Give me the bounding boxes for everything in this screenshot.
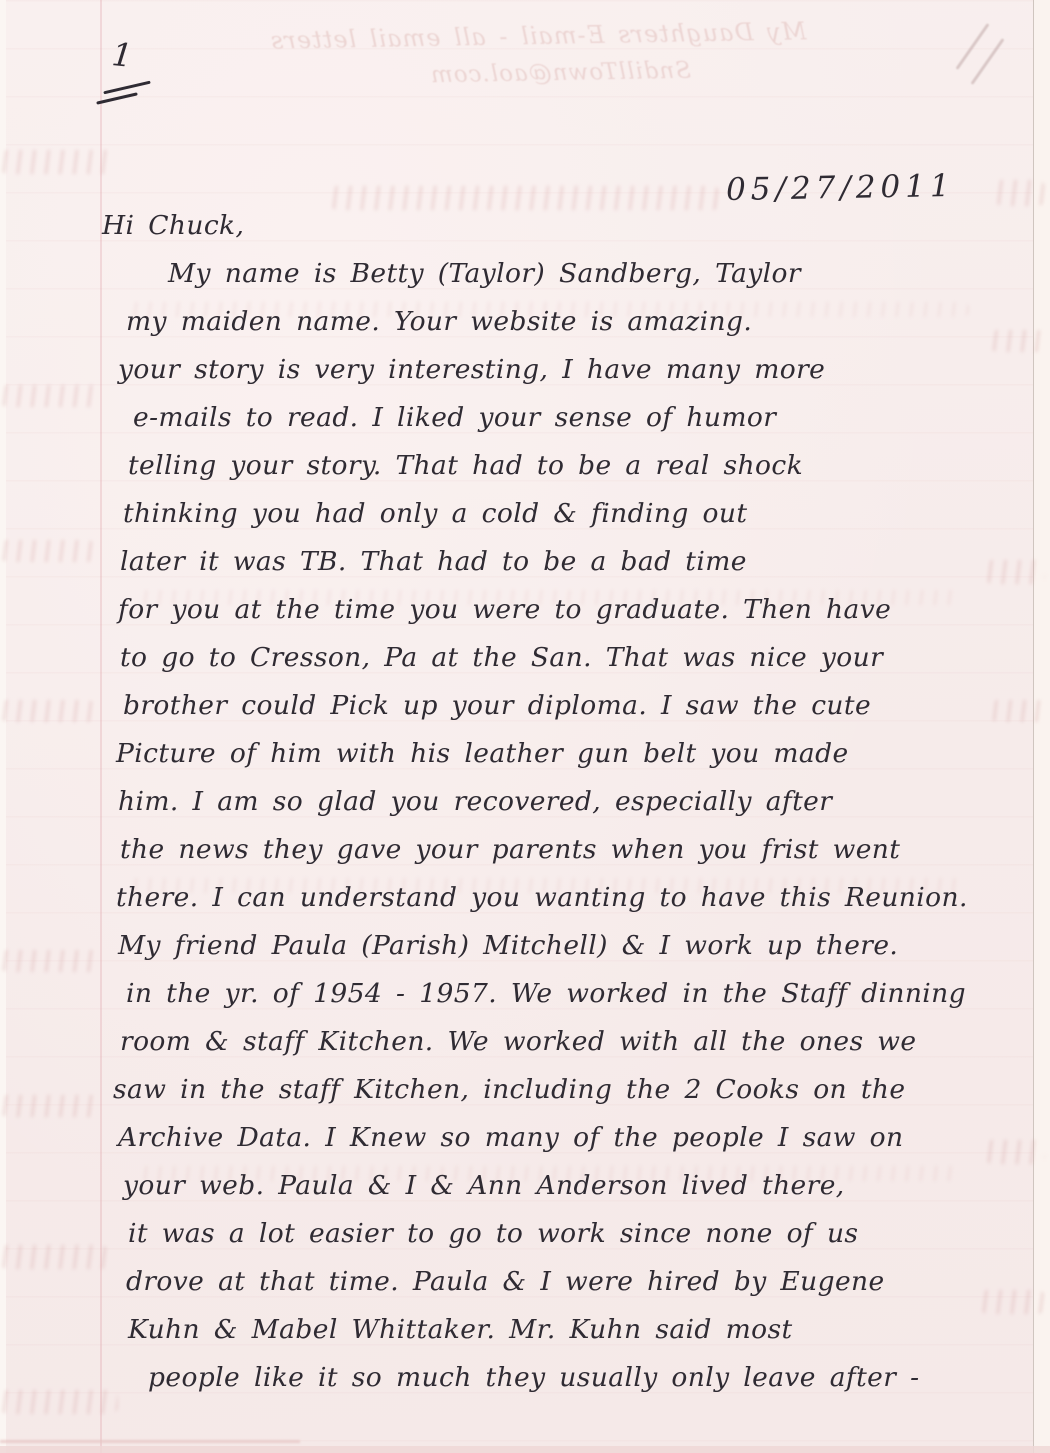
letter-line: your web. Paula & I & Ann Anderson lived…: [123, 1162, 1040, 1210]
letter-line: drove at that time. Paula & I were hired…: [126, 1258, 1040, 1306]
corner-tick-mark: [970, 38, 1004, 85]
page-number: 1: [110, 35, 134, 75]
letter-line: for you at the time you were to graduate…: [118, 586, 1040, 634]
bleedthrough-smudge: [0, 950, 100, 972]
letter-line: room & staff Kitchen. We worked with all…: [120, 1018, 1040, 1066]
bleedthrough-smudge: [0, 385, 100, 407]
letter-line: in the yr. of 1954 - 1957. We worked in …: [126, 970, 1040, 1018]
letter-body: Hi Chuck, My name is Betty (Taylor) Sand…: [100, 202, 1040, 1402]
letter-line: there. I can understand you wanting to h…: [116, 874, 1040, 922]
letter-line-greeting: Hi Chuck,: [102, 202, 1040, 250]
letter-line: it was a lot easier to go to work since …: [128, 1210, 1040, 1258]
letter-line: Archive Data. I Knew so many of the peop…: [118, 1114, 1040, 1162]
scan-edge-bottom-line: [0, 1440, 300, 1443]
bleedthrough-smudge: [0, 150, 115, 174]
letter-line: Kuhn & Mabel Whittaker. Mr. Kuhn said mo…: [128, 1306, 1040, 1354]
bleedthrough-smudge: [0, 1245, 108, 1269]
letter-line: My name is Betty (Taylor) Sandberg, Tayl…: [168, 250, 1040, 298]
letter-line: e-mails to read. I liked your sense of h…: [133, 394, 1040, 442]
letter-line: My friend Paula (Parish) Mitchell) & I w…: [118, 922, 1040, 970]
bleedthrough-note-line2: SndillTown@aol.com: [430, 58, 691, 89]
page-number-underline: [96, 92, 138, 104]
bleedthrough-smudge: [0, 1095, 100, 1117]
bleedthrough-note-line1: My Daughters E-mail - all email letters: [270, 17, 807, 54]
letter-line: him. I am so glad you recovered, especia…: [118, 778, 1040, 826]
scan-edge-bottom: [0, 1446, 1050, 1453]
letter-line: the news they gave your parents when you…: [120, 826, 1040, 874]
letter-line: my maiden name. Your website is amazing.: [126, 298, 1040, 346]
letter-line: telling your story. That had to be a rea…: [128, 442, 1040, 490]
letter-line: your story is very interesting, I have m…: [118, 346, 1040, 394]
letter-line: later it was TB. That had to be a bad ti…: [120, 538, 1040, 586]
letter-line: saw in the staff Kitchen, including the …: [113, 1066, 1040, 1114]
letter-line: Picture of him with his leather gun belt…: [116, 730, 1040, 778]
bleedthrough-smudge: [0, 540, 95, 562]
scan-edge-left: [0, 0, 6, 1453]
page-number-underline: [103, 81, 150, 95]
letter-line: brother could Pick up your diploma. I sa…: [123, 682, 1040, 730]
letter-line: thinking you had only a cold & finding o…: [123, 490, 1040, 538]
letter-line: people like it so much they usually only…: [148, 1354, 1040, 1402]
letter-scan-page: My Daughters E-mail - all email letters …: [0, 0, 1050, 1453]
letter-line: to go to Cresson, Pa at the San. That wa…: [120, 634, 1040, 682]
bleedthrough-smudge: [0, 700, 95, 722]
